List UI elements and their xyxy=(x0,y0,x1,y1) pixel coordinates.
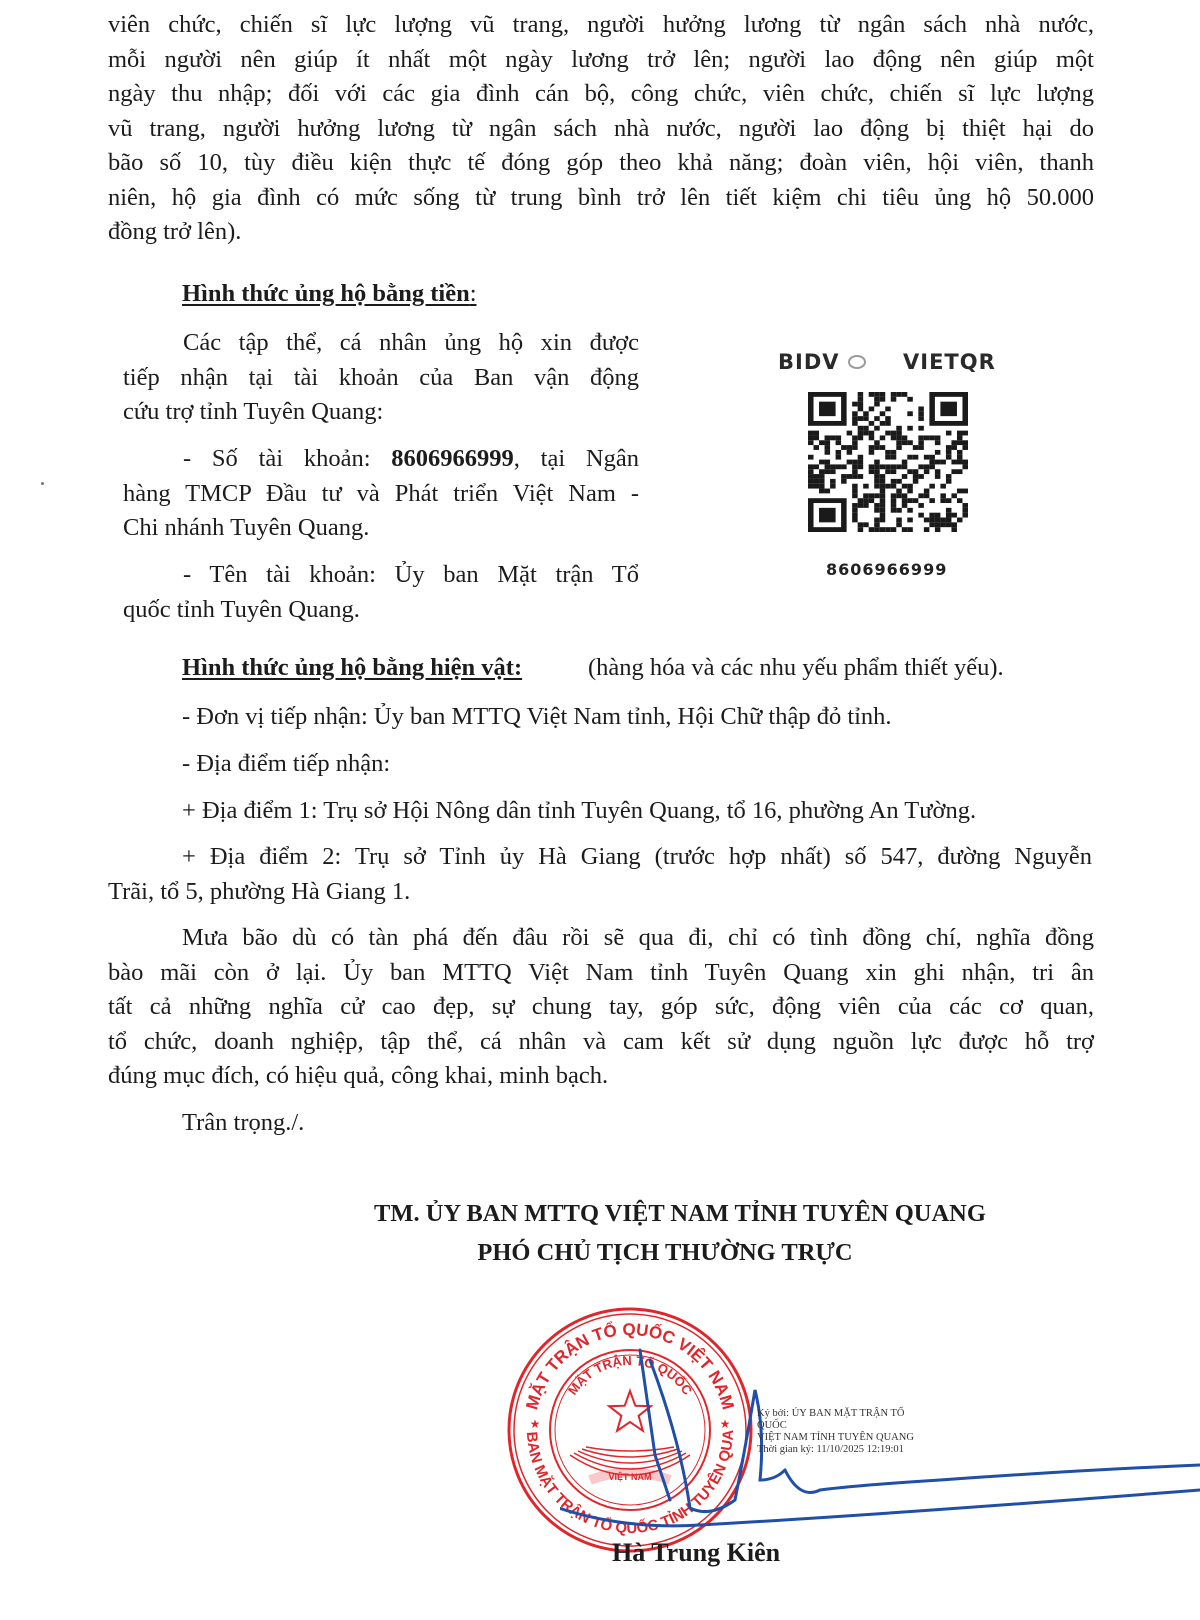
goods-section-note: (hàng hóa và các nhu yếu phẩm thiết yếu)… xyxy=(588,654,1004,682)
money-intro: Các tập thể, cá nhân ủng hộ xin được tiế… xyxy=(123,326,639,430)
heading-text: Hình thức ủng hộ bằng tiền xyxy=(182,280,470,307)
scan-speck xyxy=(41,482,44,485)
vietqr-logo: VIETQR xyxy=(903,350,996,374)
text-line: viên chức, chiến sĩ lực lượng vũ trang, … xyxy=(108,8,1094,43)
text-line: niên, hộ gia đình có mức sống từ trung b… xyxy=(108,181,1094,216)
regards: Trân trọng./. xyxy=(182,1106,304,1141)
signer-name: Hà Trung Kiên xyxy=(612,1538,780,1568)
location-1: + Địa điểm 1: Trụ sở Hội Nông dân tỉnh T… xyxy=(182,794,976,829)
text-line: - Số tài khoản: 8606966999, tại Ngân xyxy=(123,442,639,477)
text-line: Các tập thể, cá nhân ủng hộ xin được xyxy=(123,326,639,361)
goods-section-heading: Hình thức ủng hộ bằng hiện vật: xyxy=(182,654,522,682)
text-line: đúng mục đích, có hiệu quả, công khai, m… xyxy=(108,1059,1094,1094)
text-line: bão số 10, tùy điều kiện thực tế đóng gó… xyxy=(108,146,1094,181)
esign-line: Ký bởi: ỦY BAN MẶT TRẬN TỔ xyxy=(757,1408,914,1420)
text-line: tất cả những nghĩa cử cao đẹp, sự chung … xyxy=(108,990,1094,1025)
bidv-logo-mark-icon xyxy=(848,355,866,369)
opening-paragraph: viên chức, chiến sĩ lực lượng vũ trang, … xyxy=(108,8,1094,250)
text-line: Chi nhánh Tuyên Quang. xyxy=(123,511,639,546)
text-line: tổ chức, doanh nghiệp, tập thể, cá nhân … xyxy=(108,1025,1094,1060)
text-line: vũ trang, người hưởng lương từ ngân sách… xyxy=(108,112,1094,147)
money-section-heading: Hình thức ủng hộ bằng tiền: xyxy=(182,280,477,308)
digital-signature-info: Ký bởi: ỦY BAN MẶT TRẬN TỔ QUỐC VIỆT NAM… xyxy=(757,1408,914,1456)
document-page: viên chức, chiến sĩ lực lượng vũ trang, … xyxy=(0,0,1200,1620)
text-line: - Tên tài khoản: Ủy ban Mặt trận Tổ xyxy=(123,558,639,593)
qr-account-number: 8606966999 xyxy=(826,560,947,579)
locations-label: - Địa điểm tiếp nhận: xyxy=(182,747,390,782)
text-line: hàng TMCP Đầu tư và Phát triển Việt Nam … xyxy=(123,477,639,512)
location-2: + Địa điểm 2: Trụ sở Tỉnh ủy Hà Giang (t… xyxy=(182,840,1092,875)
svg-text:★: ★ xyxy=(530,1417,541,1431)
text-line: tiếp nhận tại tài khoản của Ban vận động xyxy=(123,361,639,396)
text-line: Mưa bão dù có tàn phá đến đâu rồi sẽ qua… xyxy=(108,921,1094,956)
bank-logos: BIDV VIETQR xyxy=(778,350,1028,382)
text-line: cứu trợ tỉnh Tuyên Quang: xyxy=(123,395,639,430)
account-number-label: - Số tài khoản: xyxy=(183,445,391,472)
esign-line: Thời gian ký: 11/10/2025 12:19:01 xyxy=(757,1444,914,1456)
receiving-units: - Đơn vị tiếp nhận: Ủy ban MTTQ Việt Nam… xyxy=(182,700,892,735)
text-line: ngày thu nhập; đối với các gia đình cán … xyxy=(108,77,1094,112)
bank-prefix: , tại Ngân xyxy=(514,445,639,472)
closing-paragraph: Mưa bão dù có tàn phá đến đâu rồi sẽ qua… xyxy=(108,921,1094,1094)
location-2-continued: Trãi, tổ 5, phường Hà Giang 1. xyxy=(108,875,410,910)
heading-colon: : xyxy=(470,280,477,307)
signer-title: PHÓ CHỦ TỊCH THƯỜNG TRỰC xyxy=(300,1236,1030,1270)
text-line: quốc tỉnh Tuyên Quang. xyxy=(123,593,639,628)
vietqr-payment-block: BIDV VIETQR 8606966999 xyxy=(760,330,1030,590)
bidv-logo: BIDV xyxy=(778,350,840,374)
text-line: mỗi người nên giúp ít nhất một ngày lươn… xyxy=(108,43,1094,78)
esign-line: QUỐC xyxy=(757,1420,914,1432)
qr-code-icon xyxy=(808,392,968,532)
signing-organization: TM. ỦY BAN MTTQ VIỆT NAM TỈNH TUYÊN QUAN… xyxy=(300,1197,1060,1231)
text-line: đồng trở lên). xyxy=(108,215,1094,250)
account-number: 8606966999 xyxy=(391,445,514,472)
esign-line: VIỆT NAM TỈNH TUYÊN QUANG xyxy=(757,1432,914,1444)
text-line: bào mãi còn ở lại. Ủy ban MTTQ Việt Nam … xyxy=(108,956,1094,991)
account-name-info: - Tên tài khoản: Ủy ban Mặt trận Tổ quốc… xyxy=(123,558,639,627)
account-number-info: - Số tài khoản: 8606966999, tại Ngân hàn… xyxy=(123,442,639,546)
